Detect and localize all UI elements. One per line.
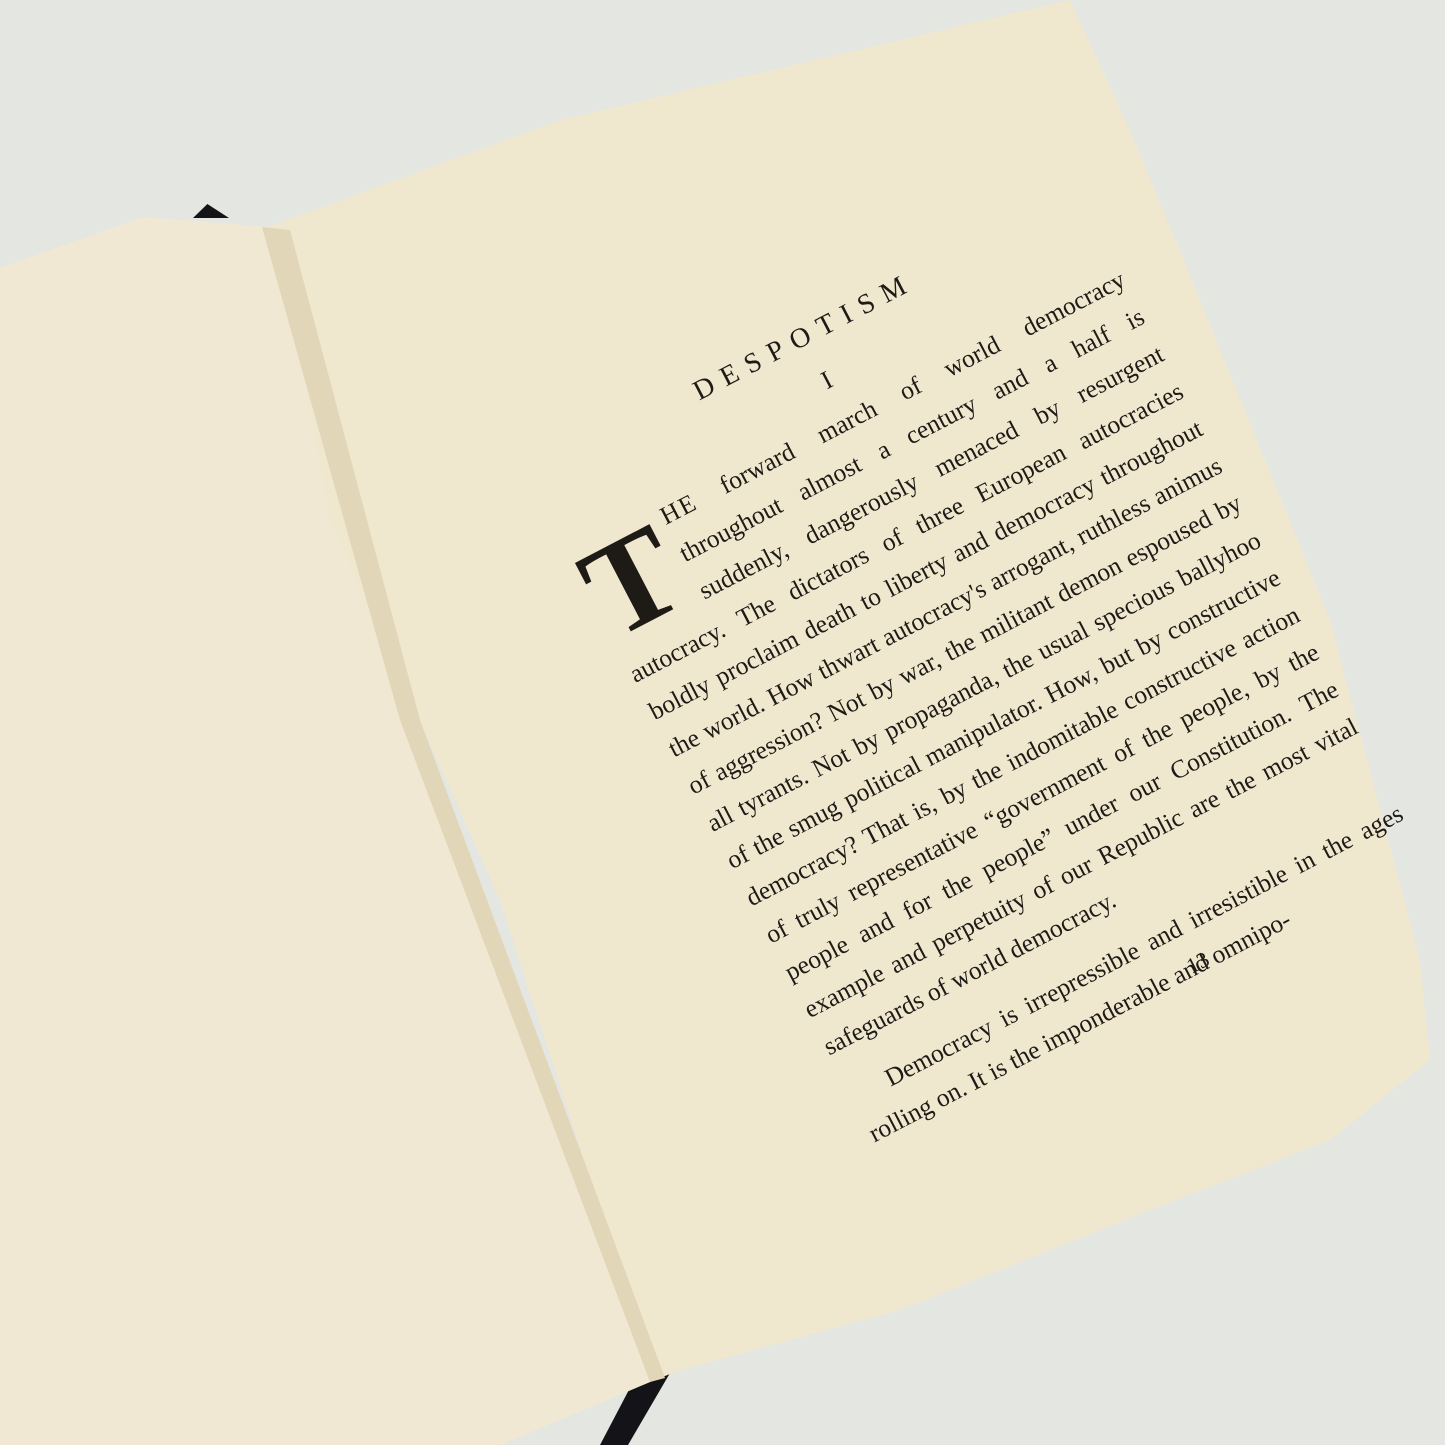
book-cover-corner-top bbox=[193, 204, 229, 218]
